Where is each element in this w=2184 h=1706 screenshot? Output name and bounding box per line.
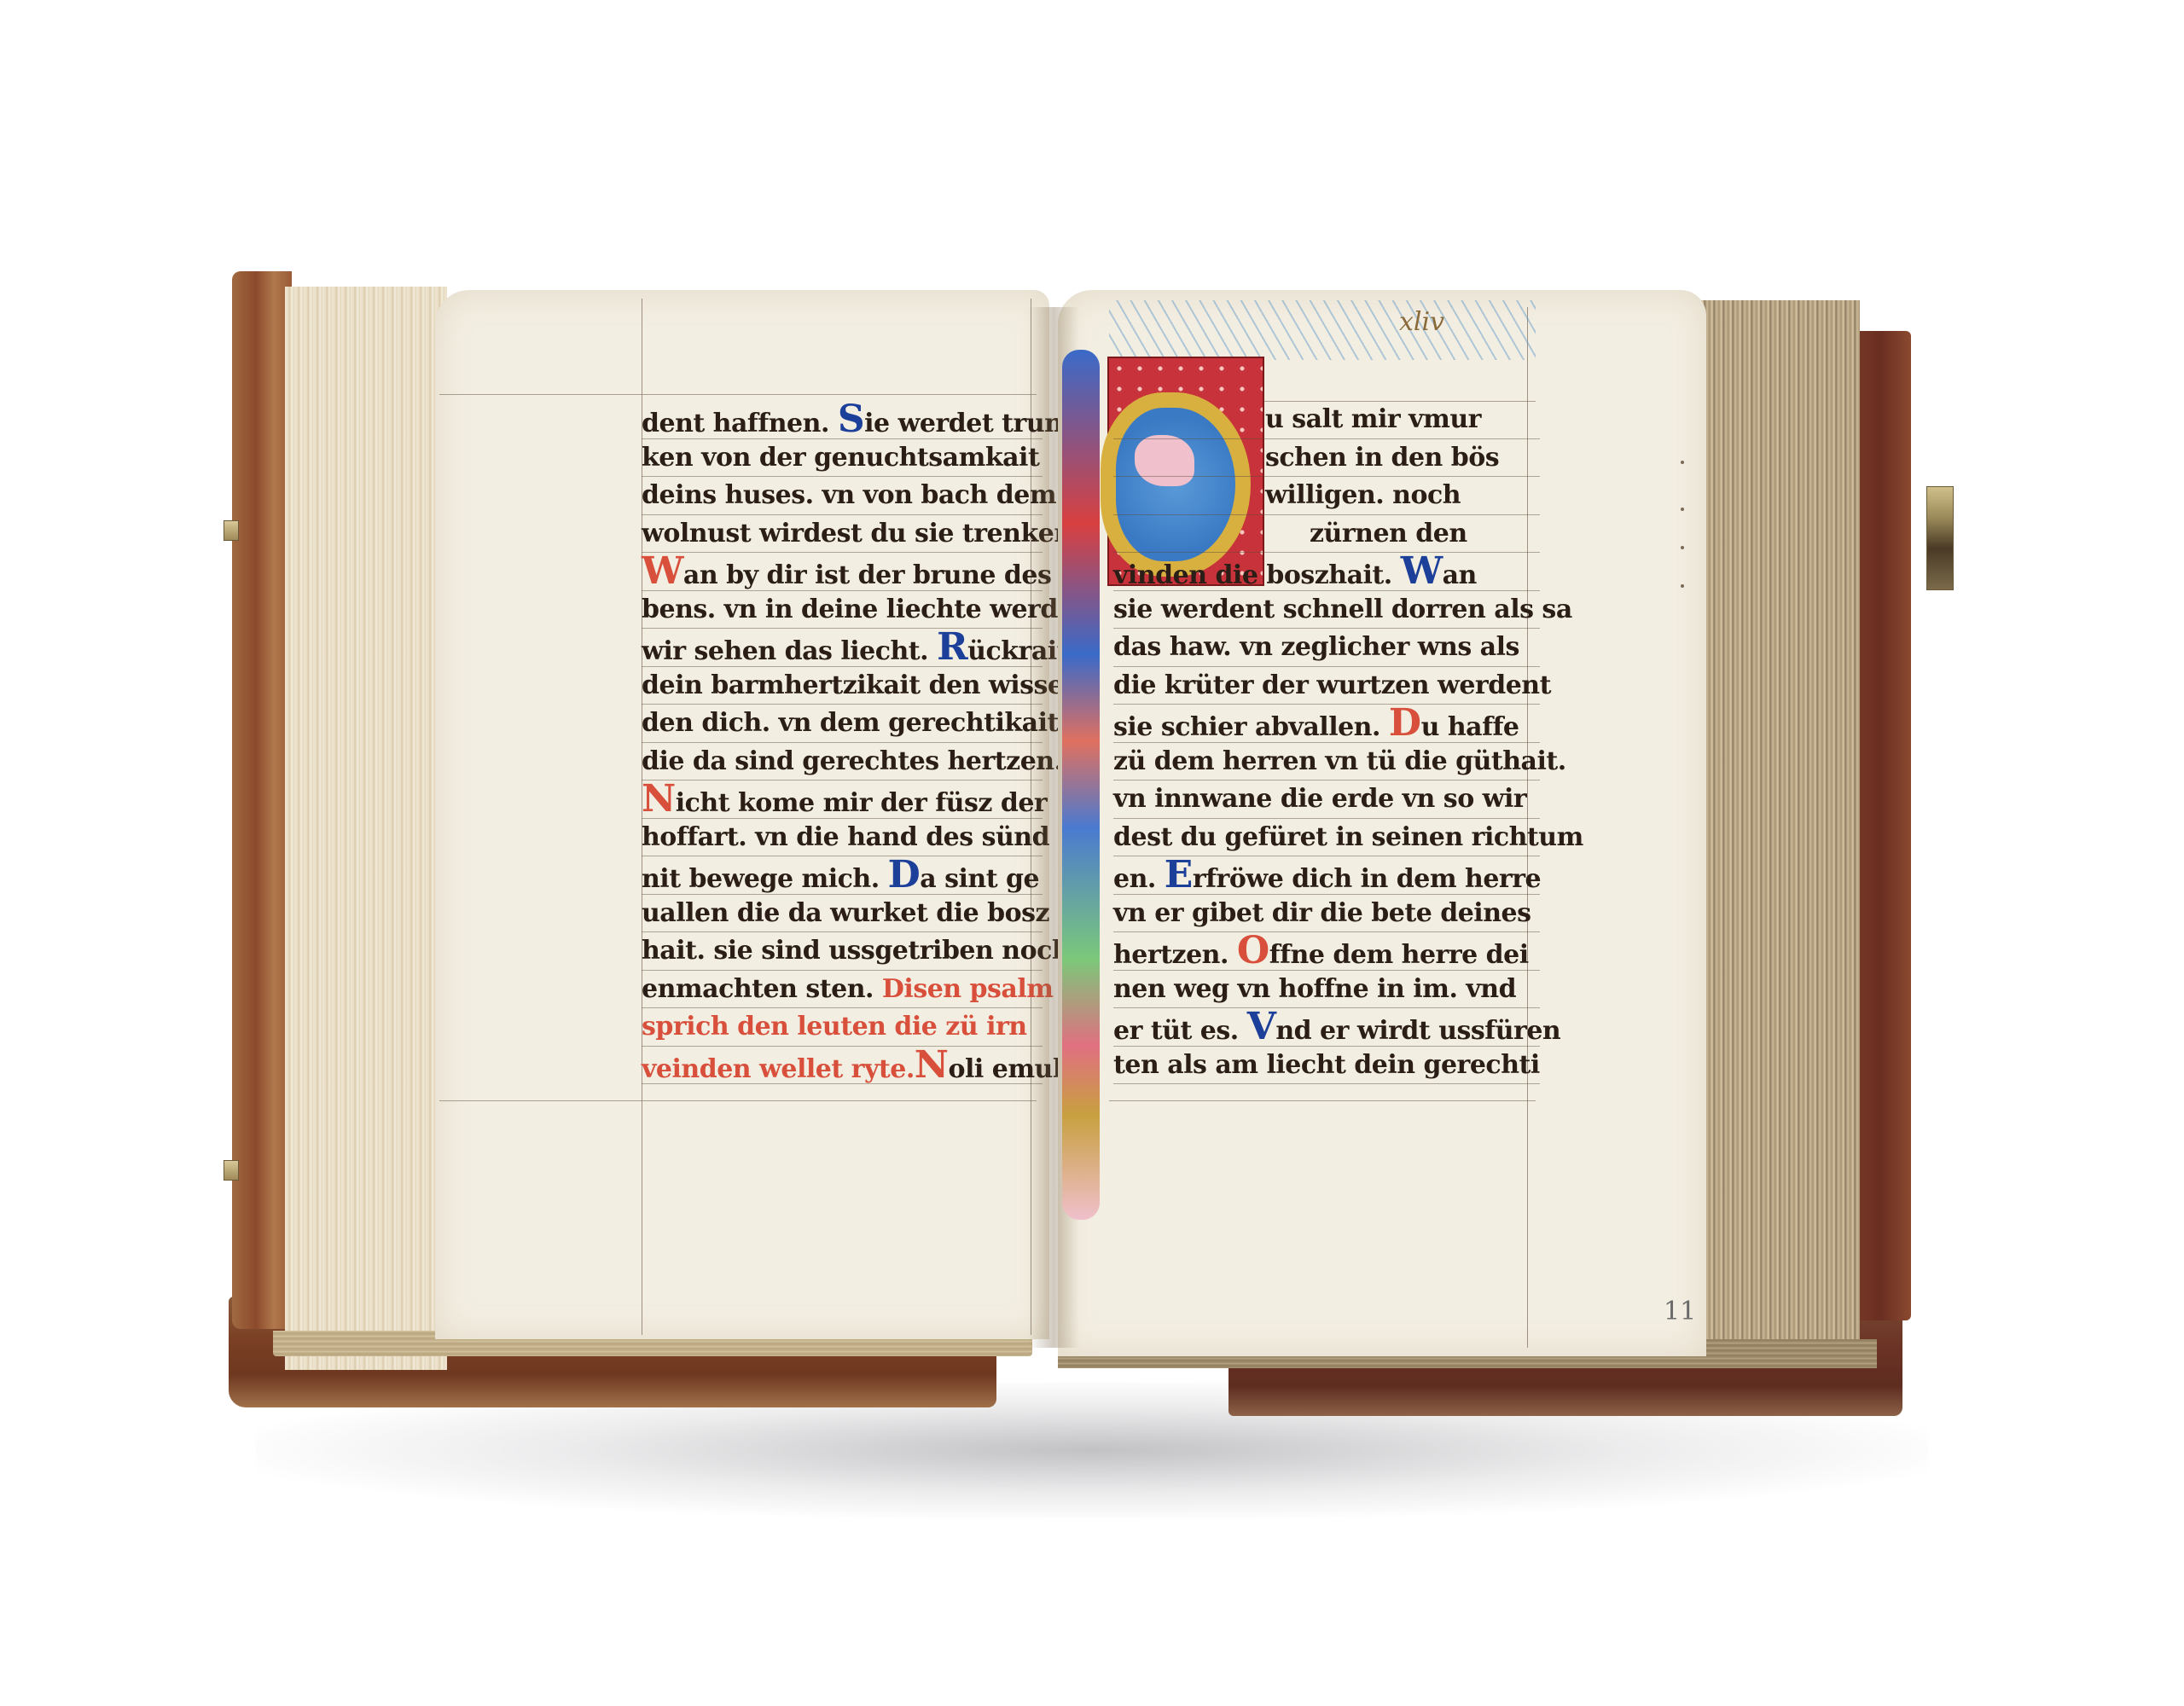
text-line: ken von der genuchtsamkait	[642, 439, 1043, 478]
pencil-mark: 11	[1664, 1297, 1696, 1326]
text-line: Nicht kome mir der füsz der	[642, 780, 1043, 819]
left-ruling-bottom	[439, 1100, 1037, 1101]
pricking	[1681, 508, 1684, 511]
left-cover-edge	[232, 271, 292, 1329]
text-line: zürnen den	[1113, 515, 1540, 554]
right-page-text: u salt mir vmur schen in den bös willige…	[1113, 401, 1540, 1084]
pricking	[1681, 461, 1684, 464]
text-line: vn innwane die erde vn so wir	[1113, 780, 1540, 819]
right-page-stack	[1698, 300, 1860, 1358]
pricking	[1681, 546, 1684, 549]
text-line: dent haffnen. Sie werdet trun	[642, 401, 1043, 439]
text-line: deins huses. vn von bach dem	[642, 477, 1043, 515]
text-line: nen weg vn hoffne in im. vnd	[1113, 971, 1540, 1009]
right-ruling-bottom	[1109, 1100, 1536, 1101]
text-line: enmachten sten. Disen psalm	[642, 971, 1043, 1009]
clasp-pin-lower	[224, 1160, 239, 1181]
folio-number: xliv	[1399, 307, 1444, 337]
text-line: vn er gibet dir die bete deines	[1113, 895, 1540, 933]
text-line: das haw. vn zeglicher wns als	[1113, 629, 1540, 667]
left-page-stack	[285, 287, 447, 1370]
text-line: wolnust wirdest du sie trenken	[642, 515, 1043, 554]
text-line: hait. sie sind ussgetriben noch	[642, 932, 1043, 971]
text-line: zü dem herren vn tü die güthait.	[1113, 743, 1540, 781]
text-line: vinden die boszhait. Wan	[1113, 553, 1540, 591]
text-line: den dich. vn dem gerechtikait den	[642, 705, 1043, 743]
clasp-catch	[1926, 486, 1954, 590]
text-line: en. Erfröwe dich in dem herre	[1113, 856, 1540, 895]
pricking	[1681, 584, 1684, 588]
clasp-pin-upper	[224, 520, 239, 541]
penwork-flourish	[1109, 300, 1536, 360]
text-line: die krüter der wurtzen werdent	[1113, 667, 1540, 705]
text-line: hertzen. Offne dem herre dei	[1113, 932, 1540, 971]
text-line: sie schier abvallen. Du haffe	[1113, 705, 1540, 743]
left-page-text: dent haffnen. Sie werdet trun ken von de…	[642, 401, 1043, 1084]
text-line: ten als am liecht dein gerechti	[1113, 1047, 1540, 1085]
text-line: dest du gefüret in seinen richtum	[1113, 819, 1540, 857]
text-line: wir sehen das liecht. Rückrait	[642, 629, 1043, 667]
manuscript-photo: dent haffnen. Sie werdet trun ken von de…	[0, 0, 2184, 1706]
text-line: Wan by dir ist der brune des le	[642, 553, 1043, 591]
text-line: sie werdent schnell dorren als sa	[1113, 591, 1540, 630]
text-line: bens. vn in deine liechte werd	[642, 591, 1043, 630]
text-line: nit bewege mich. Da sint ge	[642, 856, 1043, 895]
text-line: dein barmhertzikait den wissen	[642, 667, 1043, 705]
text-line: er tüt es. Vnd er wirdt ussfüren	[1113, 1008, 1540, 1047]
text-line: die da sind gerechtes hertzen.	[642, 743, 1043, 781]
text-line: veinden wellet ryte.Noli emulari	[642, 1047, 1043, 1085]
text-line: willigen. noch	[1113, 477, 1540, 515]
acanthus-border	[1062, 350, 1100, 1220]
text-line: hoffart. vn die hand des sünd	[642, 819, 1043, 857]
rubric-line: sprich den leuten die zü irn	[642, 1008, 1043, 1047]
text-line: u salt mir vmur	[1113, 401, 1540, 439]
text-line: schen in den bös	[1113, 439, 1540, 478]
left-ruling-top	[439, 394, 1037, 395]
text-line: uallen die da wurket die bosz	[642, 895, 1043, 933]
